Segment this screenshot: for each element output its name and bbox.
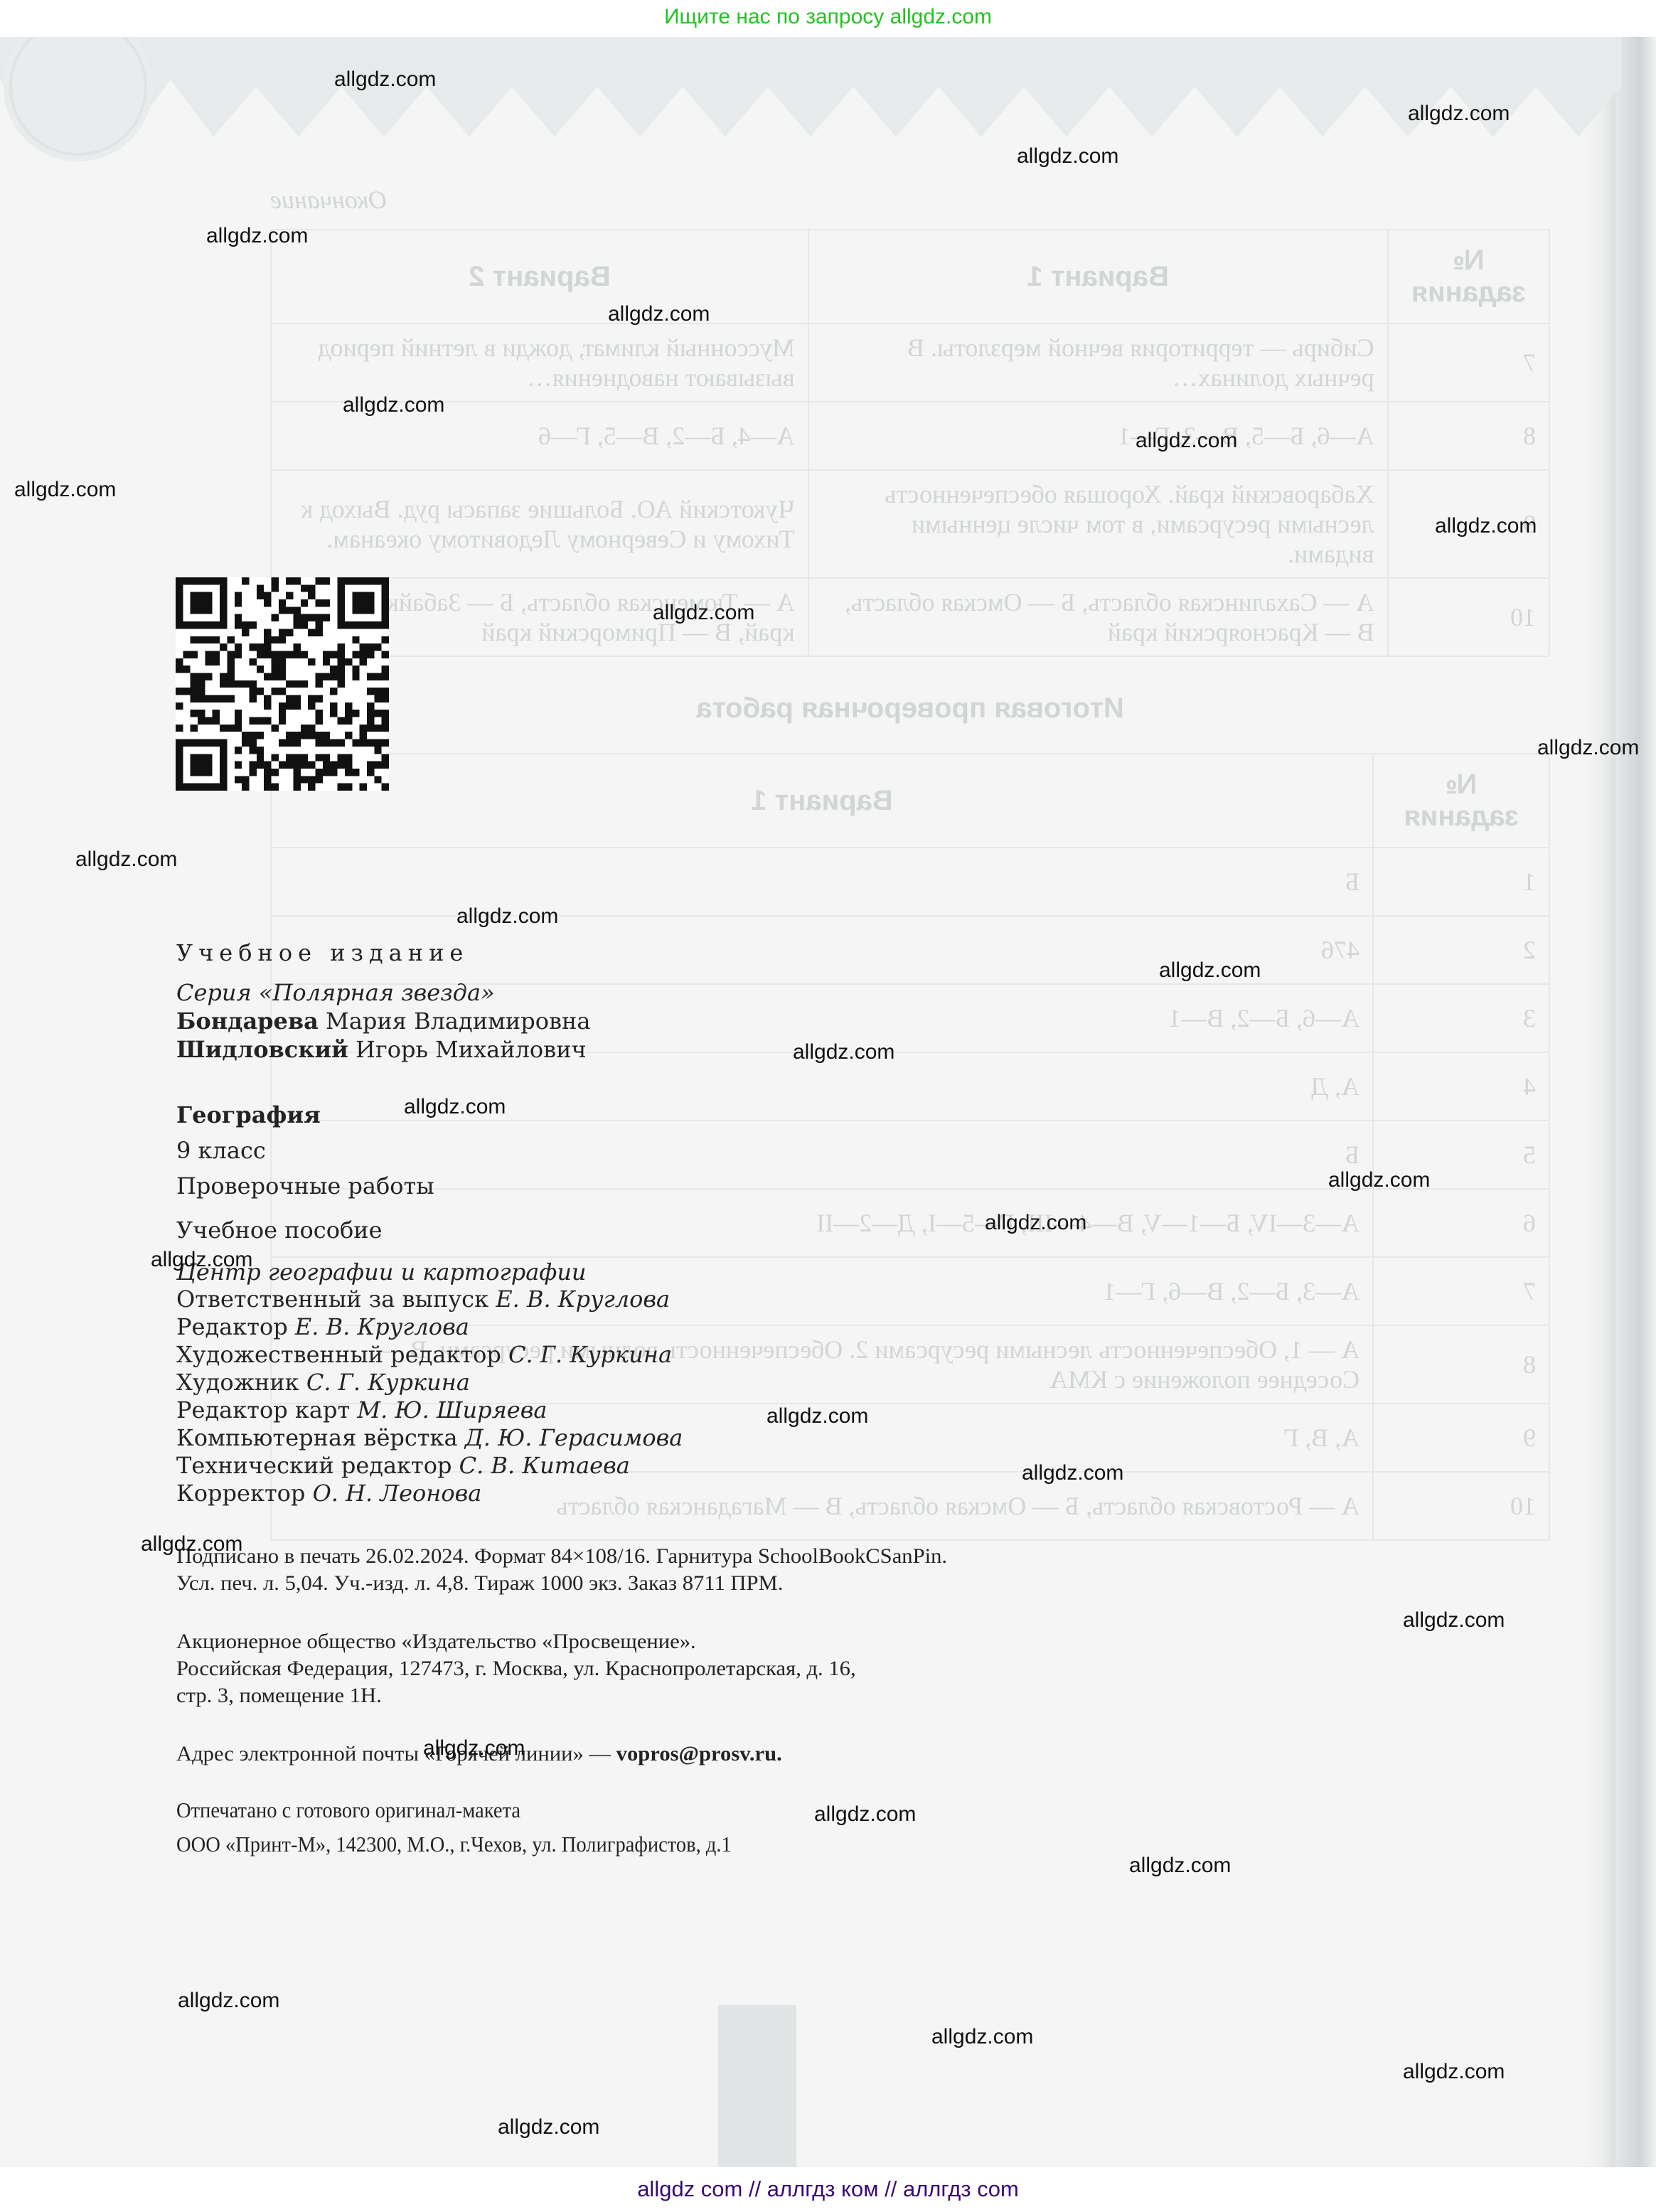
- watermark: allgdz.com: [1408, 102, 1510, 126]
- bleed-header-cell: Вариант 2: [271, 230, 808, 324]
- bleed-cell: Чукотский АО. Большие запасы руд. Выход …: [271, 470, 808, 578]
- bleed-cell: 10: [1388, 578, 1549, 656]
- watermark: allgdz.com: [206, 224, 308, 248]
- bleed-table: № задания Вариант 1 Вариант 2 7Сибирь — …: [270, 229, 1550, 657]
- bleed-header-cell: № задания: [1373, 754, 1549, 848]
- credit-name: М. Ю. Ширяева: [357, 1396, 547, 1423]
- bleed-cell: 6: [1373, 1189, 1549, 1257]
- bleed-cell: А — Сахалинская область, Б — Омская обла…: [808, 578, 1388, 656]
- credit-name: С. Г. Куркина: [306, 1369, 470, 1396]
- watermark: allgdz.com: [766, 1404, 868, 1428]
- bottom-banner-text[interactable]: allgdz com // аллгдз ком // аллгдз com: [637, 2176, 1019, 2201]
- watermark: allgdz.com: [608, 302, 710, 326]
- watermark: allgdz.com: [456, 904, 558, 929]
- bleed-cell: 4: [1373, 1052, 1549, 1121]
- bleed-cell: Хабаровский край. Хорошая обеспеченность…: [808, 470, 1388, 578]
- qr-code[interactable]: [176, 577, 389, 791]
- bleed-header-cell: Вариант 1: [271, 754, 1373, 848]
- hotline: Адрес электронной почты «Горячей линии» …: [176, 1741, 1264, 1768]
- bleed-cell: 7: [1373, 1257, 1549, 1325]
- credit-line: Редактор Е. В. Круглова: [176, 1313, 1243, 1341]
- credit-role: Компьютерная вёрстка: [176, 1424, 458, 1451]
- watermark: allgdz.com: [1403, 1608, 1505, 1633]
- watermark: allgdz.com: [653, 601, 754, 625]
- bleed-cell: 7: [1388, 324, 1549, 402]
- grade: 9 класс: [176, 1136, 1243, 1165]
- bleed-cell: 3: [1373, 984, 1549, 1052]
- watermark: allgdz.com: [498, 2115, 599, 2139]
- watermark: allgdz.com: [1017, 144, 1118, 169]
- watermark: allgdz.com: [343, 393, 444, 417]
- credit-role: Ответственный за выпуск: [176, 1286, 488, 1313]
- credit-name: Е. В. Круглова: [295, 1313, 469, 1340]
- hotline-email[interactable]: vopros@prosv.ru.: [616, 1742, 782, 1765]
- publisher-line: стр. 3, помещение 1Н.: [176, 1682, 1264, 1709]
- bleed-cell: А—6, Б—5, В—3, Г—1: [808, 402, 1388, 470]
- credit-line: Редактор карт М. Ю. Ширяева: [176, 1396, 1243, 1424]
- bleed-cell: Б: [271, 848, 1373, 916]
- watermark: allgdz.com: [1403, 2060, 1505, 2084]
- bleed-cell: Сибирь — территория вечной мерзлоты. В р…: [808, 324, 1388, 402]
- watermark: allgdz.com: [141, 1532, 242, 1556]
- watermark: allgdz.com: [814, 1802, 916, 1827]
- watermark: allgdz.com: [1136, 429, 1237, 453]
- bleed-cell: Муссонный климат, дожди в летний период …: [271, 324, 808, 402]
- watermark: allgdz.com: [75, 848, 177, 872]
- print-info: Подписано в печать 26.02.2024. Формат 84…: [176, 1543, 1243, 1597]
- publishing-center: Центр географии и картографии: [176, 1259, 1243, 1286]
- printed-from: Отпечатано с готового оригинал-макета: [176, 1793, 1158, 1827]
- print-info-line: Усл. печ. л. 5,04. Уч.-изд. л. 4,8. Тира…: [176, 1570, 1264, 1597]
- book-title: Проверочные работы: [176, 1172, 1243, 1200]
- credit-name: О. Н. Леонова: [313, 1480, 482, 1507]
- bottom-banner[interactable]: allgdz com // аллгдз ком // аллгдз com: [0, 2167, 1656, 2212]
- bleed-cell: 1: [1373, 848, 1549, 916]
- top-banner-text[interactable]: Ищите нас по запросу allgdz.com: [664, 5, 992, 28]
- credit-role: Технический редактор: [176, 1452, 452, 1479]
- binding-strip: [718, 2005, 796, 2167]
- watermark: allgdz.com: [404, 1095, 506, 1119]
- watermark: allgdz.com: [931, 2025, 1033, 2049]
- top-banner[interactable]: Ищите нас по запросу allgdz.com: [0, 0, 1656, 36]
- watermark: allgdz.com: [178, 1989, 279, 2013]
- bleed-header-cell: Вариант 1: [808, 230, 1388, 324]
- credit-name: С. Г. Куркина: [508, 1341, 672, 1368]
- bleed-continuation-label: Окончание: [270, 185, 1550, 215]
- watermark: allgdz.com: [151, 1248, 252, 1272]
- bleed-header-cell: № задания: [1388, 230, 1549, 324]
- bleed-cell: 2: [1373, 916, 1549, 984]
- author-2-surname: Шидловский: [176, 1036, 348, 1063]
- watermark: allgdz.com: [14, 478, 116, 502]
- bleed-cell: 9: [1373, 1404, 1549, 1472]
- watermark: allgdz.com: [1022, 1461, 1123, 1485]
- publisher-line: Акционерное общество «Издательство «Прос…: [176, 1628, 1264, 1655]
- printer-address: ООО «Принт-М», 142300, М.О., г.Чехов, ул…: [176, 1827, 1158, 1861]
- print-info-line: Подписано в печать 26.02.2024. Формат 84…: [176, 1543, 1264, 1570]
- author-2: Шидловский Игорь Михайлович: [176, 1035, 1243, 1064]
- credit-name: Д. Ю. Герасимова: [465, 1424, 683, 1451]
- printer-info: Отпечатано с готового оригинал-макета ОО…: [176, 1793, 1243, 1861]
- credit-line: Ответственный за выпуск Е. В. Круглова: [176, 1286, 1243, 1313]
- watermark: allgdz.com: [1159, 958, 1261, 983]
- credit-name: Е. В. Круглова: [496, 1286, 670, 1313]
- credit-line: Компьютерная вёрстка Д. Ю. Герасимова: [176, 1424, 1243, 1452]
- edition-type: Учебное издание: [176, 939, 1243, 967]
- watermark: allgdz.com: [423, 1736, 525, 1760]
- bleed-cell: 8: [1373, 1325, 1549, 1404]
- header-ornament: [0, 37, 1621, 172]
- watermark: allgdz.com: [334, 68, 436, 92]
- watermark: allgdz.com: [1129, 1854, 1231, 1878]
- bleed-cell: 8: [1388, 402, 1549, 470]
- subject: География: [176, 1101, 1243, 1129]
- credit-role: Корректор: [176, 1480, 305, 1507]
- bleed-cell: 10: [1373, 1472, 1549, 1540]
- credit-role: Редактор: [176, 1313, 288, 1340]
- watermark: allgdz.com: [1537, 736, 1639, 760]
- credit-role: Редактор карт: [176, 1396, 350, 1423]
- author-2-given: Игорь Михайлович: [356, 1036, 587, 1063]
- author-1-surname: Бондарева: [176, 1008, 319, 1035]
- hotline-label: Адрес электронной почты «Горячей линии» …: [176, 1742, 616, 1765]
- author-1-given: Мария Владимировна: [326, 1008, 590, 1035]
- watermark: allgdz.com: [1328, 1168, 1430, 1192]
- credit-line: Художественный редактор С. Г. Куркина: [176, 1341, 1243, 1369]
- series-title: Серия «Полярная звезда»: [176, 978, 1243, 1007]
- credit-name: С. В. Китаева: [459, 1452, 630, 1479]
- qr-code-icon: [176, 577, 389, 791]
- watermark: allgdz.com: [985, 1211, 1086, 1235]
- imprint-block: Учебное издание Серия «Полярная звезда» …: [176, 939, 1243, 1861]
- watermark: allgdz.com: [1435, 514, 1537, 538]
- publisher-info: Акционерное общество «Издательство «Прос…: [176, 1628, 1243, 1709]
- watermark: allgdz.com: [793, 1040, 894, 1064]
- publisher-line: Российская Федерация, 127473, г. Москва,…: [176, 1655, 1264, 1682]
- credit-role: Художественный редактор: [176, 1341, 501, 1368]
- page-edge-shadow: [1615, 37, 1656, 2167]
- credit-line: Художник С. Г. Куркина: [176, 1369, 1243, 1396]
- author-1: Бондарева Мария Владимировна: [176, 1007, 1243, 1035]
- credit-role: Художник: [176, 1369, 299, 1396]
- bleed-final-title: Итоговая проверочная работа: [270, 678, 1550, 739]
